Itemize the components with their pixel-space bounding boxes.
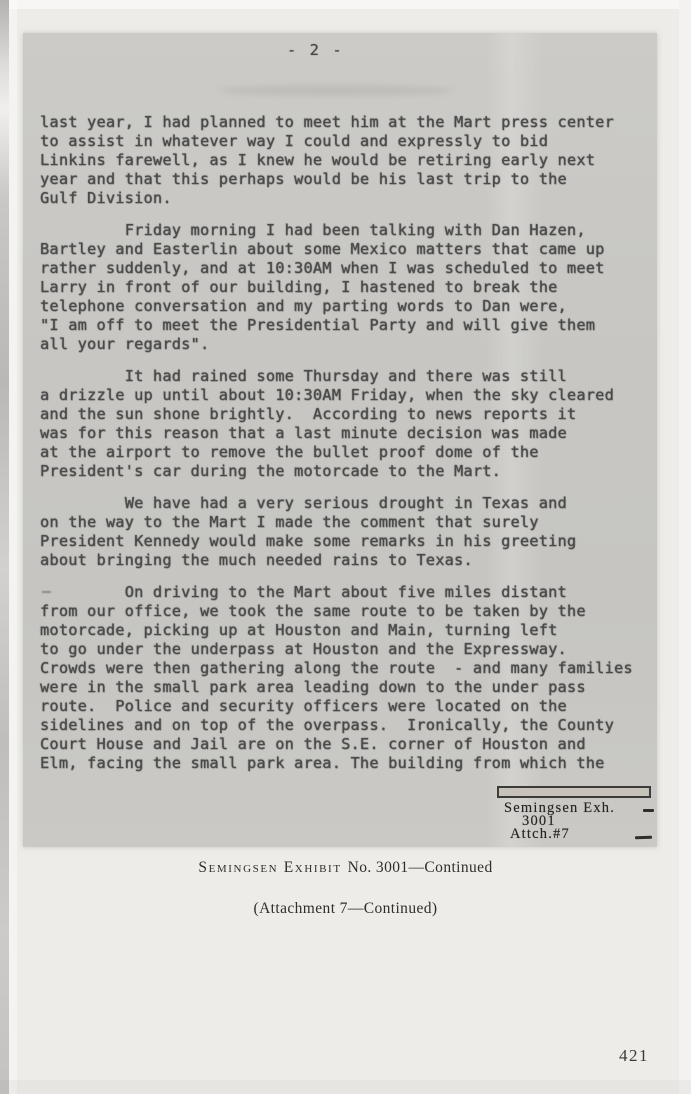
exhibit-stamp-attachment: Attch.#7	[510, 827, 570, 842]
typewritten-text-block: last year, I had planned to meet him at …	[40, 113, 655, 786]
typewritten-paragraph: last year, I had planned to meet him at …	[40, 113, 655, 208]
attachment-caption: (Attachment 7—Continued)	[0, 900, 691, 918]
exhibit-stamp-name: Semingsen Exh.	[504, 801, 615, 816]
exhibit-caption-name: Semingsen Exhibit	[198, 859, 341, 876]
typewritten-paragraph: It had rained some Thursday and there wa…	[40, 367, 655, 481]
scanned-document-page: - 2 - last year, I had planned to meet h…	[0, 0, 691, 1094]
scan-smudge-artifact	[218, 85, 453, 96]
scan-right-strip	[679, 0, 691, 1094]
stamp-redaction-bar	[497, 786, 651, 798]
page-bottom-shade	[0, 1080, 691, 1094]
page-number-header: - 2 -	[287, 41, 344, 60]
pen-dash-mark	[635, 836, 652, 839]
typewritten-paragraph: On driving to the Mart about five miles …	[40, 583, 655, 773]
typewritten-paragraph: We have had a very serious drought in Te…	[40, 494, 655, 570]
page-left-edge-highlight	[9, 0, 17, 1094]
photostat-region: - 2 - last year, I had planned to meet h…	[23, 33, 657, 847]
folio-page-number: 421	[619, 1046, 649, 1066]
exhibit-caption: Semingsen ExhibitNo. 3001—Continued	[0, 859, 691, 877]
page-left-edge-shadow	[0, 0, 9, 1094]
scan-top-strip	[0, 0, 691, 9]
typewritten-paragraph: Friday morning I had been talking with D…	[40, 221, 655, 354]
pen-dash-mark	[643, 809, 654, 812]
exhibit-caption-number: No. 3001—Continued	[348, 859, 493, 876]
